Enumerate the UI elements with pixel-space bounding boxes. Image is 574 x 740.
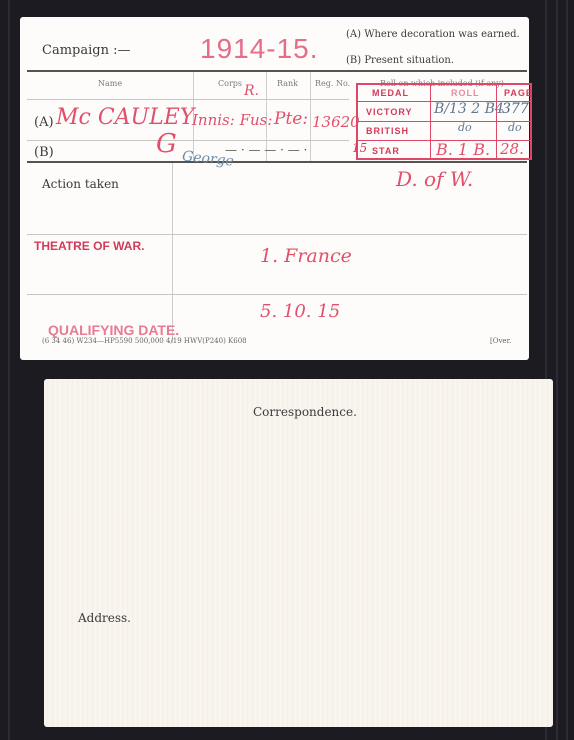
row-b-marker: (B) — [34, 145, 54, 160]
header-corps: Corps — [218, 79, 242, 88]
medal-roll-stamp: MEDAL ROLL PAGE VICTORY B/13 2 B4 377 BR… — [356, 83, 532, 160]
mid-rule — [27, 161, 527, 163]
initial: G — [156, 129, 177, 159]
theatre-of-war-value: 1. France — [260, 245, 352, 267]
qualifying-rule — [27, 294, 527, 295]
top-rule — [27, 70, 527, 72]
qualifying-date-stamp: QUALIFYING DATE. — [48, 322, 179, 338]
victory-page: 377 — [502, 101, 529, 117]
surname: Mc CAULEY — [56, 105, 194, 130]
header-reg-no: Reg. No. — [315, 79, 350, 88]
header-rank: Rank — [277, 79, 298, 88]
legend-a: (A) Where decoration was earned. — [346, 29, 520, 40]
campaign-stamp: 1914-15. — [200, 33, 319, 65]
over-note: [Over. — [490, 337, 511, 345]
action-taken-value: D. of W. — [396, 167, 473, 191]
header-name: Name — [98, 79, 122, 88]
star-roll: B. 1 B. — [436, 140, 490, 159]
row-a-marker: (A) — [34, 115, 54, 130]
page-header: PAGE — [504, 88, 533, 98]
medal-header: MEDAL — [372, 88, 409, 98]
ditto-dashes: — · — — · — · — [225, 143, 307, 157]
british-roll: do — [458, 121, 472, 134]
victory-roll: B/13 2 B4 — [434, 101, 504, 117]
theatre-of-war-stamp: THEATRE OF WAR. — [34, 239, 144, 253]
printer-imprint: (6 34 46) W234—HP5590 500,000 4/19 HWV(P… — [42, 337, 247, 345]
header-rule — [27, 99, 349, 100]
reg-no: 13620 — [312, 113, 360, 131]
medal-index-card-back: Correspondence. Address. — [44, 379, 553, 727]
corps: Innis: Fus: — [192, 111, 272, 129]
qualifying-date-value: 5. 10. 15 — [260, 301, 340, 322]
medal-index-card-front: Campaign :— 1914-15. (A) Where decoratio… — [20, 17, 529, 360]
campaign-label: Campaign :— — [42, 43, 130, 58]
row-rule — [27, 140, 349, 141]
medal-star: STAR — [372, 146, 400, 156]
theatre-rule — [27, 234, 527, 235]
col-divider-rank — [310, 72, 311, 161]
address-label: Address. — [78, 611, 131, 625]
british-page: do — [508, 121, 522, 134]
medal-victory: VICTORY — [366, 107, 413, 117]
star-prefix: 15 — [352, 141, 367, 155]
action-taken-label: Action taken — [42, 177, 119, 191]
medal-british: BRITISH — [366, 126, 409, 136]
roll-header: ROLL — [451, 88, 480, 98]
legend-b: (B) Present situation. — [346, 55, 454, 66]
corps-prefix: R. — [244, 83, 259, 99]
rank: Pte: — [274, 109, 308, 129]
star-page: 28. — [500, 140, 524, 158]
lower-col-divider — [172, 163, 173, 343]
correspondence-label: Correspondence. — [253, 405, 357, 419]
